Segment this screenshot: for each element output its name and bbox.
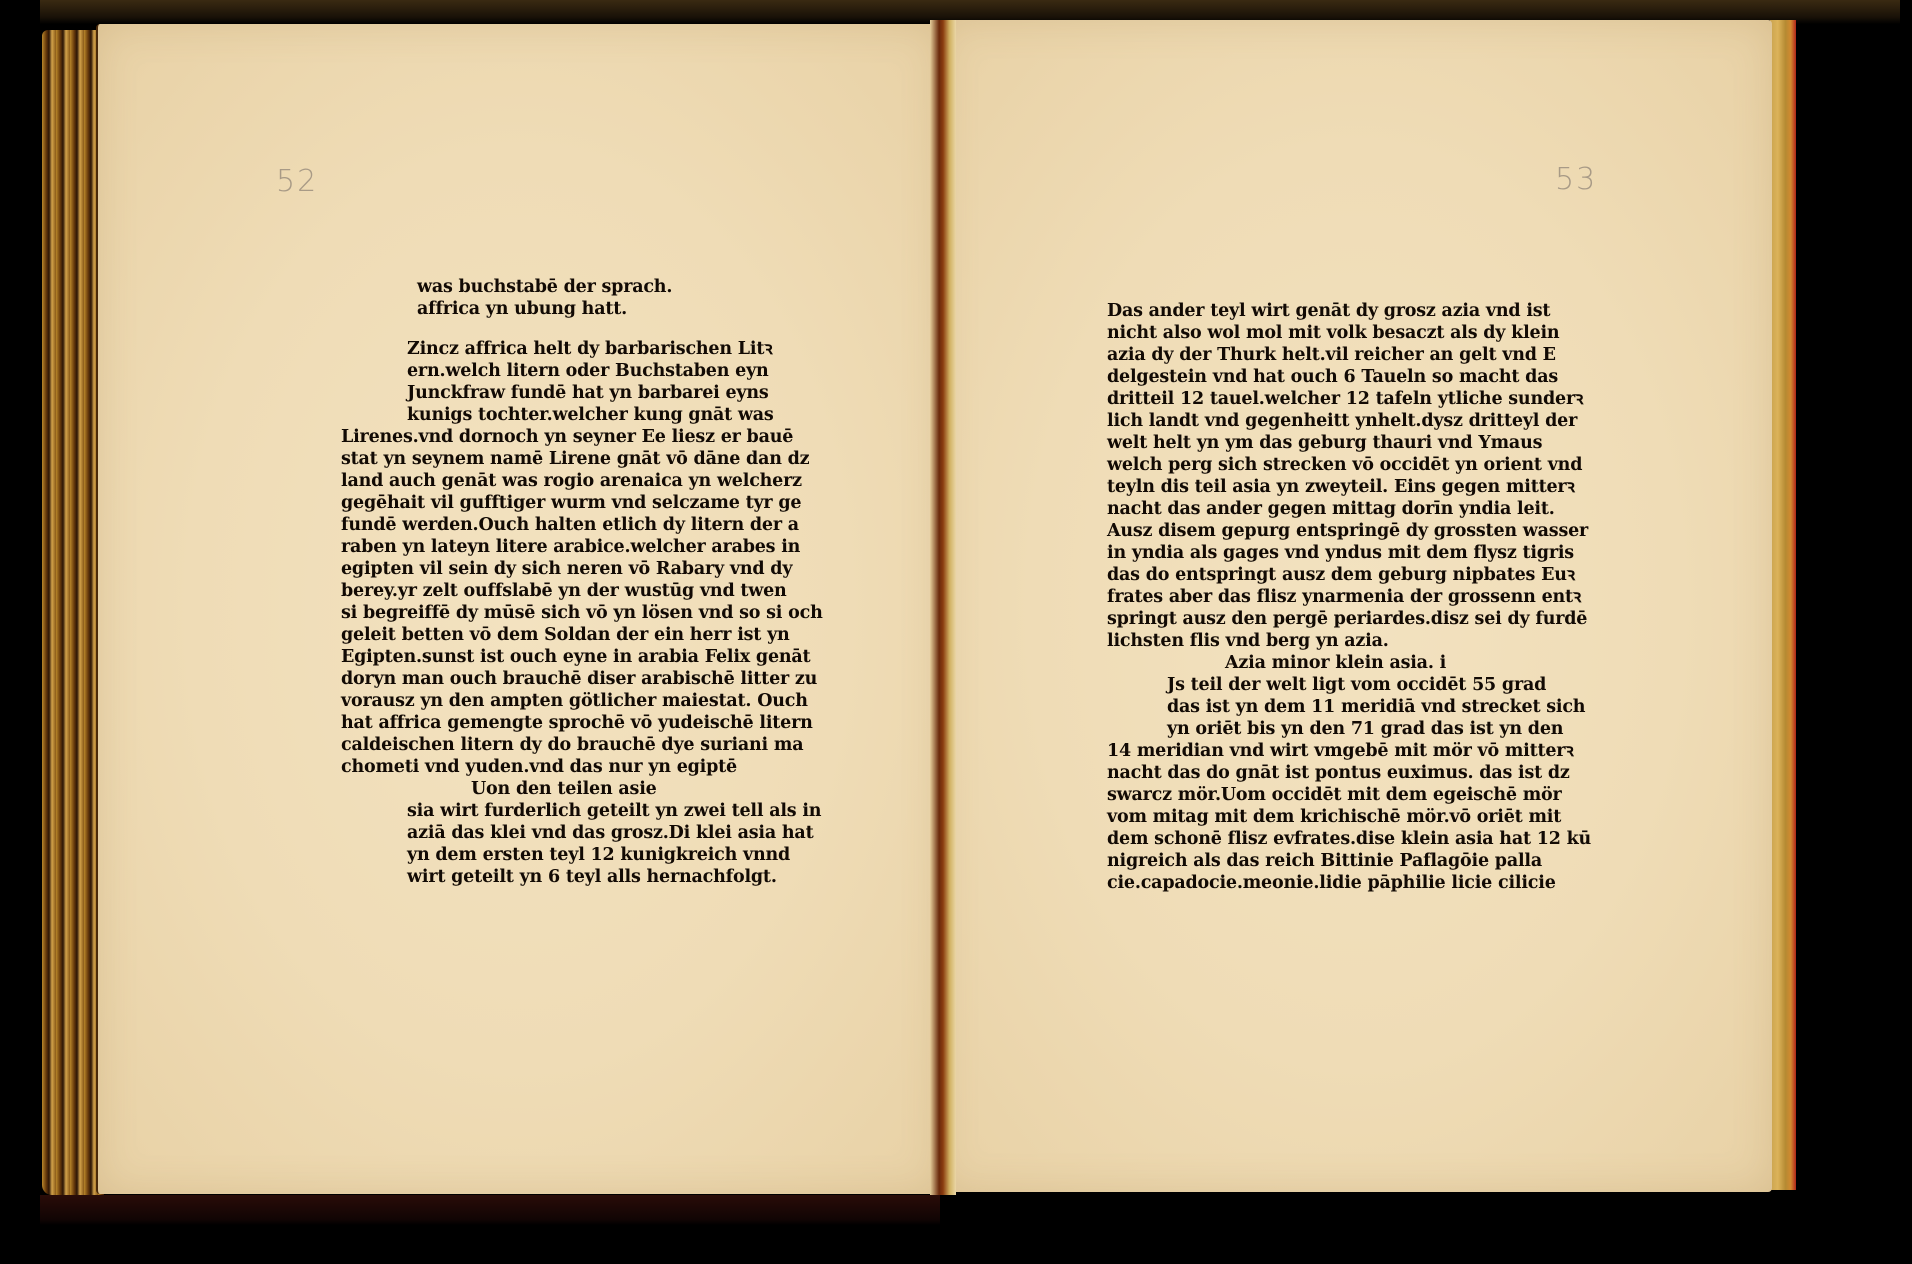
- text-line: raben yn lateyn litere arabice.welcher a…: [341, 536, 823, 558]
- text-line: welt helt yn ym das geburg thauri vnd Ym…: [1107, 432, 1591, 454]
- text-line: aziā das klei vnd das grosz.Di klei asia…: [341, 822, 823, 844]
- open-book: 52 was buchstabē der sprach. affrica yn …: [0, 0, 1912, 1264]
- text-line: delgestein vnd hat ouch 6 Taueln so mach…: [1107, 366, 1591, 388]
- right-page-edges: [1770, 20, 1796, 1190]
- left-text-block: was buchstabē der sprach. affrica yn ubu…: [341, 276, 823, 888]
- text-line: Js teil der welt ligt vom occidēt 55 gra…: [1107, 674, 1591, 696]
- text-line: Das ander teyl wirt genāt dy grosz azia …: [1107, 300, 1591, 322]
- text-line: Ausz disem gepurg entspringē dy grossten…: [1107, 520, 1591, 542]
- text-line: lichsten flis vnd berg yn azia.: [1107, 630, 1591, 652]
- text-line: Zincz affrica helt dy barbarischen Litꝛ: [341, 338, 823, 360]
- text-line: geleit betten vō dem Soldan der ein herr…: [341, 624, 823, 646]
- text-line: caldeischen litern dy do brauchē dye sur…: [341, 734, 823, 756]
- text-line: Egipten.sunst ist ouch eyne in arabia Fe…: [341, 646, 823, 668]
- text-line: welch perg sich strecken vō occidēt yn o…: [1107, 454, 1591, 476]
- text-line: si begreiffē dy mūsē sich vō yn lösen vn…: [341, 602, 823, 624]
- text-line: nigreich als das reich Bittinie Paflagōi…: [1107, 850, 1591, 872]
- text-line: das do entspringt ausz dem geburg nipbat…: [1107, 564, 1591, 586]
- text-line: dem schonē flisz evfrates.dise klein asi…: [1107, 828, 1591, 850]
- text-line: sia wirt furderlich geteilt yn zwei tell…: [341, 800, 823, 822]
- text-line: springt ausz den pergē periardes.disz se…: [1107, 608, 1591, 630]
- heading-line: affrica yn ubung hatt.: [341, 298, 823, 320]
- text-line: azia dy der Thurk helt.vil reicher an ge…: [1107, 344, 1591, 366]
- book-gutter: [930, 20, 956, 1195]
- text-line: yn dem ersten teyl 12 kunigkreich vnnd: [341, 844, 823, 866]
- text-line: cie.capadocie.meonie.lidie pāphilie lici…: [1107, 872, 1591, 894]
- text-line: berey.yr zelt ouffslabē yn der wustūg vn…: [341, 580, 823, 602]
- left-page-edges: [42, 30, 104, 1195]
- text-line: Lirenes.vnd dornoch yn seyner Ee liesz e…: [341, 426, 823, 448]
- subheading: Azia minor klein asia. i: [1107, 652, 1591, 674]
- text-line: lich landt vnd gegenheitt ynhelt.dysz dr…: [1107, 410, 1591, 432]
- text-line: stat yn seynem namē Lirene gnāt vō dāne …: [341, 448, 823, 470]
- text-line: teyln dis teil asia yn zweyteil. Eins ge…: [1107, 476, 1591, 498]
- text-line: nacht das do gnāt ist pontus euximus. da…: [1107, 762, 1591, 784]
- text-line: kunigs tochter.welcher kung gnāt was: [341, 404, 823, 426]
- text-line: das ist yn dem 11 meridiā vnd strecket s…: [1107, 696, 1591, 718]
- heading-line: was buchstabē der sprach.: [341, 276, 823, 298]
- text-line: yn oriēt bis yn den 71 grad das ist yn d…: [1107, 718, 1591, 740]
- text-line: fundē werden.Ouch halten etlich dy liter…: [341, 514, 823, 536]
- text-line: land auch genāt was rogio arenaica yn we…: [341, 470, 823, 492]
- text-line: nicht also wol mol mit volk besaczt als …: [1107, 322, 1591, 344]
- right-page: 53 Das ander teyl wirt genāt dy grosz az…: [940, 20, 1772, 1192]
- subheading: Uon den teilen asie: [341, 778, 823, 800]
- right-text-block: Das ander teyl wirt genāt dy grosz azia …: [1107, 300, 1591, 894]
- text-line: swarcz mör.Uom occidēt mit dem egeischē …: [1107, 784, 1591, 806]
- text-line: vom mitag mit dem krichischē mör.vō oriē…: [1107, 806, 1591, 828]
- text-line: frates aber das flisz ynarmenia der gros…: [1107, 586, 1591, 608]
- text-line: dritteil 12 tauel.welcher 12 tafeln ytli…: [1107, 388, 1591, 410]
- text-line: nacht das ander gegen mittag dorīn yndia…: [1107, 498, 1591, 520]
- text-line: 14 meridian vnd wirt vmgebē mit mör vō m…: [1107, 740, 1591, 762]
- left-page: 52 was buchstabē der sprach. affrica yn …: [96, 24, 940, 1194]
- text-line: wirt geteilt yn 6 teyl alls hernachfolgt…: [341, 866, 823, 888]
- left-folio-number: 52: [276, 164, 318, 199]
- right-folio-number: 53: [1555, 162, 1597, 197]
- text-line: gegēhait vil gufftiger wurm vnd selczame…: [341, 492, 823, 514]
- text-line: Junckfraw fundē hat yn barbarei eyns: [341, 382, 823, 404]
- text-line: in yndia als gages vnd yndus mit dem fly…: [1107, 542, 1591, 564]
- text-line: hat affrica gemengte sprochē vō yudeisch…: [341, 712, 823, 734]
- text-line: ern.welch litern oder Buchstaben eyn: [341, 360, 823, 382]
- text-line: egipten vil sein dy sich neren vō Rabary…: [341, 558, 823, 580]
- text-line: vorausz yn den ampten götlicher maiestat…: [341, 690, 823, 712]
- text-line: doryn man ouch brauchē diser arabischē l…: [341, 668, 823, 690]
- text-line: chometi vnd yuden.vnd das nur yn egiptē: [341, 756, 823, 778]
